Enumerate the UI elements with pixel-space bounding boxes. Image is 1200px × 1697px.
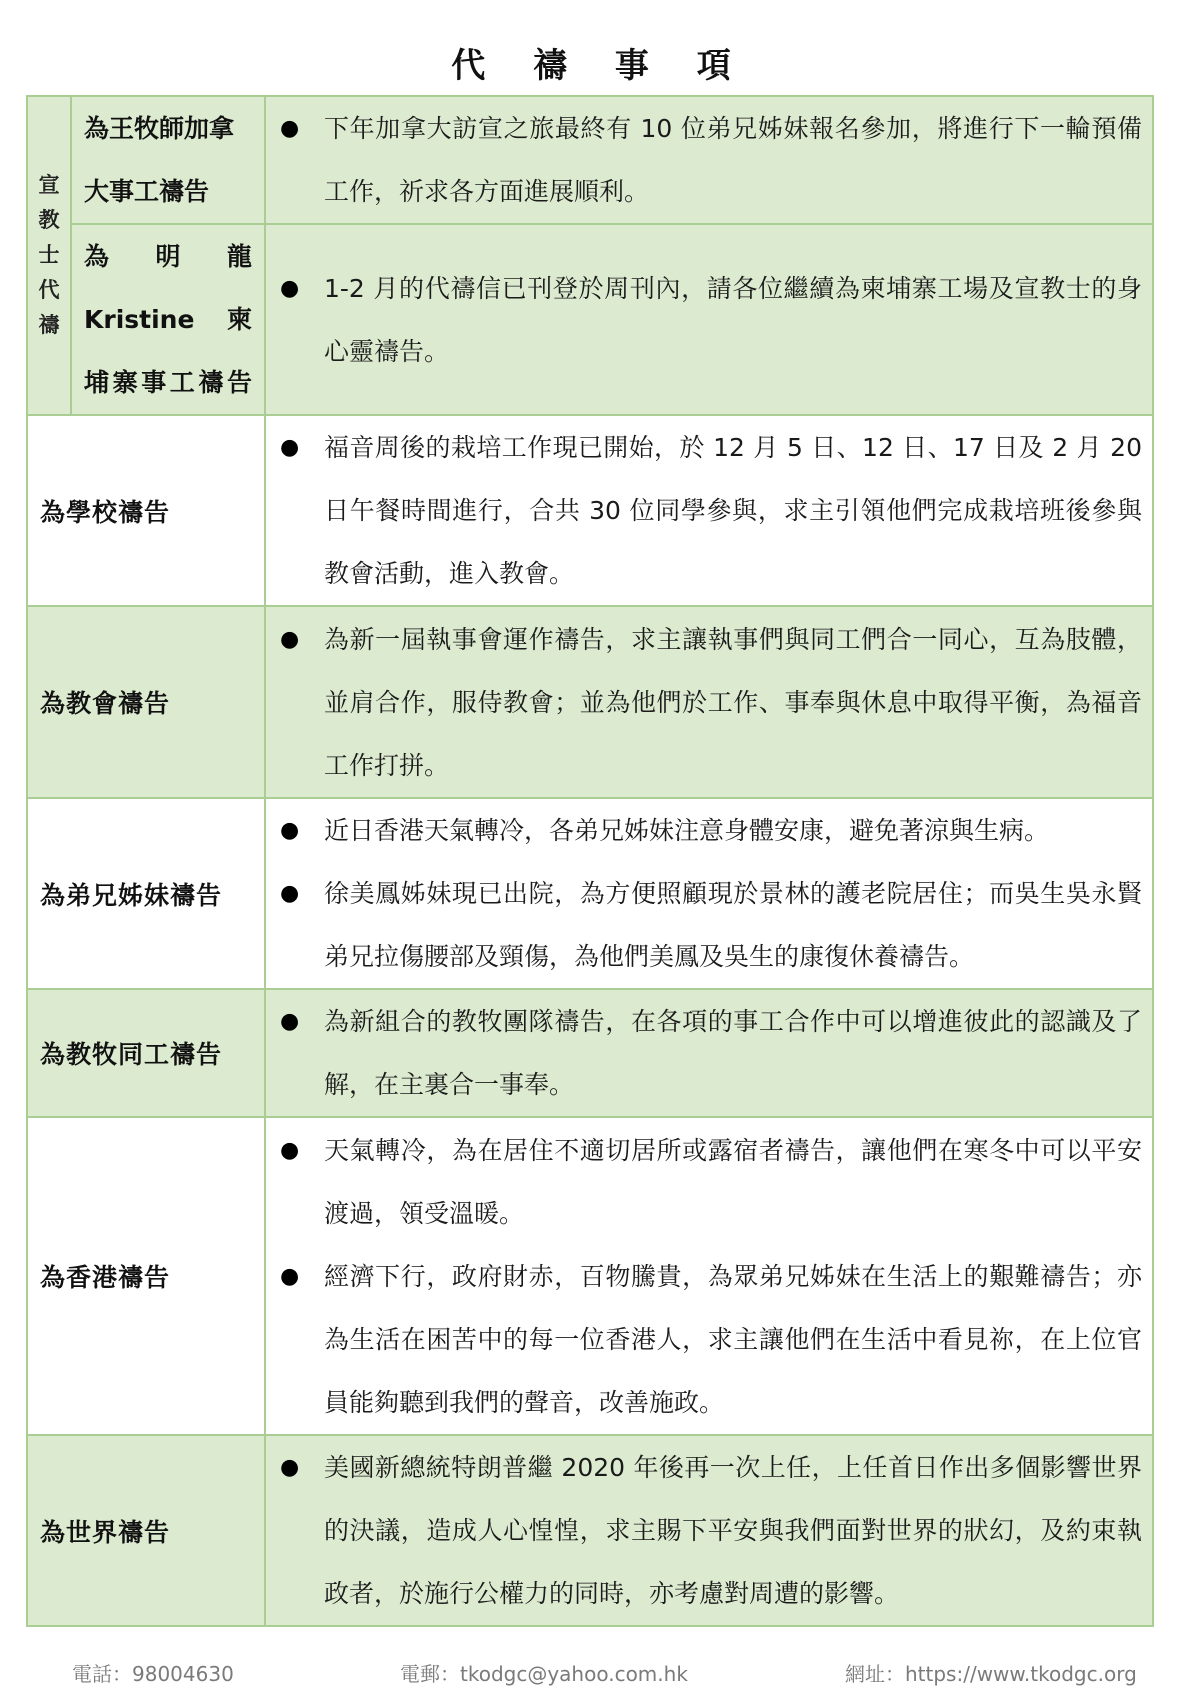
content-cell: ● 1-2 月的代禱信已刊登於周刊內，請各位繼續為柬埔寨工場及宣教士的身心靈禱告… (265, 224, 1153, 415)
prayer-table: 宣 教 士 代 禱 為王牧師加拿 大事工禱告 ● 下年加拿大訪宣之旅最終有 10… (26, 95, 1154, 1627)
category-label: 為香港禱告 (27, 1117, 265, 1435)
category-label: 為學校禱告 (27, 415, 265, 606)
list-item: ● 近日香港天氣轉冷，各弟兄姊妹注意身體安康，避免著涼與生病。 (280, 799, 1142, 862)
category-label: 為教牧同工禱告 (27, 989, 265, 1117)
item-text: 為新一屆執事會運作禱告，求主讓執事們與同工們合一同心，互為肢體，並肩合作，服侍教… (324, 608, 1142, 797)
list-item: ● 天氣轉冷，為在居住不適切居所或露宿者禱告，讓他們在寒冬中可以平安渡過，領受溫… (280, 1119, 1142, 1245)
table-row-staff: 為教牧同工禱告 ● 為新組合的教牧團隊禱告，在各項的事工合作中可以增進彼此的認識… (27, 989, 1153, 1117)
category-label: 為世界禱告 (27, 1435, 265, 1626)
list-item: ● 1-2 月的代禱信已刊登於周刊內，請各位繼續為柬埔寨工場及宣教士的身心靈禱告… (280, 257, 1142, 383)
list-item: ● 美國新總統特朗普繼 2020 年後再一次上任，上任首日作出多個影響世界的決議… (280, 1436, 1142, 1625)
subcategory-line: 為王牧師加拿 (84, 97, 252, 160)
subcategory-wang: 為王牧師加拿 大事工禱告 (71, 96, 265, 224)
group-label-char: 代 (28, 273, 70, 308)
bullet-icon: ● (280, 97, 324, 160)
subcategory-line: 埔寨事工禱告 (84, 351, 252, 414)
table-row-missionary-wang: 宣 教 士 代 禱 為王牧師加拿 大事工禱告 ● 下年加拿大訪宣之旅最終有 10… (27, 96, 1153, 224)
group-label-char: 士 (28, 238, 70, 273)
bullet-icon: ● (280, 1245, 324, 1308)
subcategory-line: 為 明 龍 (84, 225, 252, 288)
subcategory-line: Kristine 柬 (84, 288, 252, 351)
footer-email[interactable]: 電郵：tkodgc@yahoo.com.hk (400, 1658, 688, 1687)
item-text: 下年加拿大訪宣之旅最終有 10 位弟兄姊妹報名參加，將進行下一輪預備工作，祈求各… (324, 97, 1142, 223)
bullet-icon: ● (280, 1119, 324, 1182)
bullet-icon: ● (280, 416, 324, 479)
category-label: 為弟兄姊妹禱告 (27, 798, 265, 989)
content-cell: ● 下年加拿大訪宣之旅最終有 10 位弟兄姊妹報名參加，將進行下一輪預備工作，祈… (265, 96, 1153, 224)
item-text: 1-2 月的代禱信已刊登於周刊內，請各位繼續為柬埔寨工場及宣教士的身心靈禱告。 (324, 257, 1142, 383)
list-item: ● 經濟下行，政府財赤，百物騰貴，為眾弟兄姊妹在生活上的艱難禱告；亦為生活在困苦… (280, 1245, 1142, 1434)
subcategory-line: 大事工禱告 (84, 160, 252, 223)
content-cell: ● 福音周後的栽培工作現已開始，於 12 月 5 日、12 日、17 日及 2 … (265, 415, 1153, 606)
bullet-icon: ● (280, 990, 324, 1053)
table-row-church: 為教會禱告 ● 為新一屆執事會運作禱告，求主讓執事們與同工們合一同心，互為肢體，… (27, 606, 1153, 798)
content-cell: ● 為新組合的教牧團隊禱告，在各項的事工合作中可以增進彼此的認識及了解，在主裏合… (265, 989, 1153, 1117)
table-row-members: 為弟兄姊妹禱告 ● 近日香港天氣轉冷，各弟兄姊妹注意身體安康，避免著涼與生病。 … (27, 798, 1153, 989)
content-cell: ● 為新一屆執事會運作禱告，求主讓執事們與同工們合一同心，互為肢體，並肩合作，服… (265, 606, 1153, 798)
list-item: ● 福音周後的栽培工作現已開始，於 12 月 5 日、12 日、17 日及 2 … (280, 416, 1142, 605)
bullet-icon: ● (280, 1436, 324, 1499)
item-text: 美國新總統特朗普繼 2020 年後再一次上任，上任首日作出多個影響世界的決議，造… (324, 1436, 1142, 1625)
table-row-school: 為學校禱告 ● 福音周後的栽培工作現已開始，於 12 月 5 日、12 日、17… (27, 415, 1153, 606)
footer-website[interactable]: 網址：https://www.tkodgc.org (845, 1658, 1137, 1687)
footer-phone: 電話：98004630 (72, 1658, 234, 1687)
content-cell: ● 近日香港天氣轉冷，各弟兄姊妹注意身體安康，避免著涼與生病。 ● 徐美鳳姊妹現… (265, 798, 1153, 989)
item-text: 福音周後的栽培工作現已開始，於 12 月 5 日、12 日、17 日及 2 月 … (324, 416, 1142, 605)
table-row-missionary-cambodia: 為 明 龍 Kristine 柬 埔寨事工禱告 ● 1-2 月的代禱信已刊登於周… (27, 224, 1153, 415)
item-text: 為新組合的教牧團隊禱告，在各項的事工合作中可以增進彼此的認識及了解，在主裏合一事… (324, 990, 1142, 1116)
content-cell: ● 天氣轉冷，為在居住不適切居所或露宿者禱告，讓他們在寒冬中可以平安渡過，領受溫… (265, 1117, 1153, 1435)
bullet-icon: ● (280, 257, 324, 320)
group-label-char: 宣 (28, 168, 70, 203)
list-item: ● 下年加拿大訪宣之旅最終有 10 位弟兄姊妹報名參加，將進行下一輪預備工作，祈… (280, 97, 1142, 223)
bullet-icon: ● (280, 862, 324, 925)
missionary-group-label: 宣 教 士 代 禱 (27, 96, 71, 415)
table-row-hongkong: 為香港禱告 ● 天氣轉冷，為在居住不適切居所或露宿者禱告，讓他們在寒冬中可以平安… (27, 1117, 1153, 1435)
group-label-char: 教 (28, 203, 70, 238)
item-text: 近日香港天氣轉冷，各弟兄姊妹注意身體安康，避免著涼與生病。 (324, 799, 1142, 862)
table-row-world: 為世界禱告 ● 美國新總統特朗普繼 2020 年後再一次上任，上任首日作出多個影… (27, 1435, 1153, 1626)
list-item: ● 為新一屆執事會運作禱告，求主讓執事們與同工們合一同心，互為肢體，並肩合作，服… (280, 608, 1142, 797)
group-label-char: 禱 (28, 308, 70, 343)
bullet-icon: ● (280, 608, 324, 671)
category-label: 為教會禱告 (27, 606, 265, 798)
page-title: 代 禱 事 項 (0, 38, 1200, 87)
subcategory-cambodia: 為 明 龍 Kristine 柬 埔寨事工禱告 (71, 224, 265, 415)
content-cell: ● 美國新總統特朗普繼 2020 年後再一次上任，上任首日作出多個影響世界的決議… (265, 1435, 1153, 1626)
item-text: 徐美鳳姊妹現已出院，為方便照顧現於景林的護老院居住；而吳生吳永賢弟兄拉傷腰部及頸… (324, 862, 1142, 988)
item-text: 經濟下行，政府財赤，百物騰貴，為眾弟兄姊妹在生活上的艱難禱告；亦為生活在困苦中的… (324, 1245, 1142, 1434)
list-item: ● 徐美鳳姊妹現已出院，為方便照顧現於景林的護老院居住；而吳生吳永賢弟兄拉傷腰部… (280, 862, 1142, 988)
list-item: ● 為新組合的教牧團隊禱告，在各項的事工合作中可以增進彼此的認識及了解，在主裏合… (280, 990, 1142, 1116)
item-text: 天氣轉冷，為在居住不適切居所或露宿者禱告，讓他們在寒冬中可以平安渡過，領受溫暖。 (324, 1119, 1142, 1245)
bullet-icon: ● (280, 799, 324, 862)
